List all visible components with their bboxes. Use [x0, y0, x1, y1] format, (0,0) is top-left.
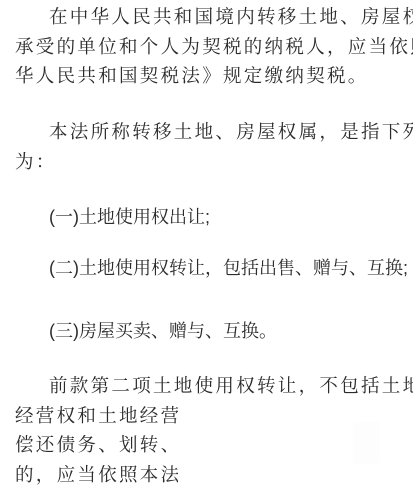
- occluding-overlay: [178, 402, 413, 492]
- list-item-2: (二)土地使用权转让，包括出售、赠与、互换;: [49, 256, 408, 280]
- paragraph-line: 本法所称转移土地、房屋权属，是指下列行: [15, 118, 403, 148]
- paragraph-taxpayer-definition: 在中华人民共和国境内转移土地、房屋权属， 承受的单位和个人为契税的纳税人，应当依…: [15, 3, 403, 92]
- paragraph-line: 在中华人民共和国境内转移土地、房屋权属，: [15, 3, 403, 33]
- paragraph-line: 华人民共和国契税法》规定缴纳契税。: [15, 62, 403, 92]
- paragraph-line: 前款第二项土地使用权转让，不包括土地承包: [15, 372, 403, 402]
- list-item-3: (三)房屋买卖、赠与、互换。: [49, 319, 277, 343]
- paragraph-line: 承受的单位和个人为契税的纳税人，应当依照《中: [15, 33, 403, 63]
- paragraph-transfer-definition: 本法所称转移土地、房屋权属，是指下列行 为：: [15, 118, 403, 177]
- paragraph-line: 为：: [15, 148, 403, 178]
- faint-badge-icon: [353, 422, 380, 464]
- list-item-1: (一)土地使用权出让;: [49, 205, 210, 229]
